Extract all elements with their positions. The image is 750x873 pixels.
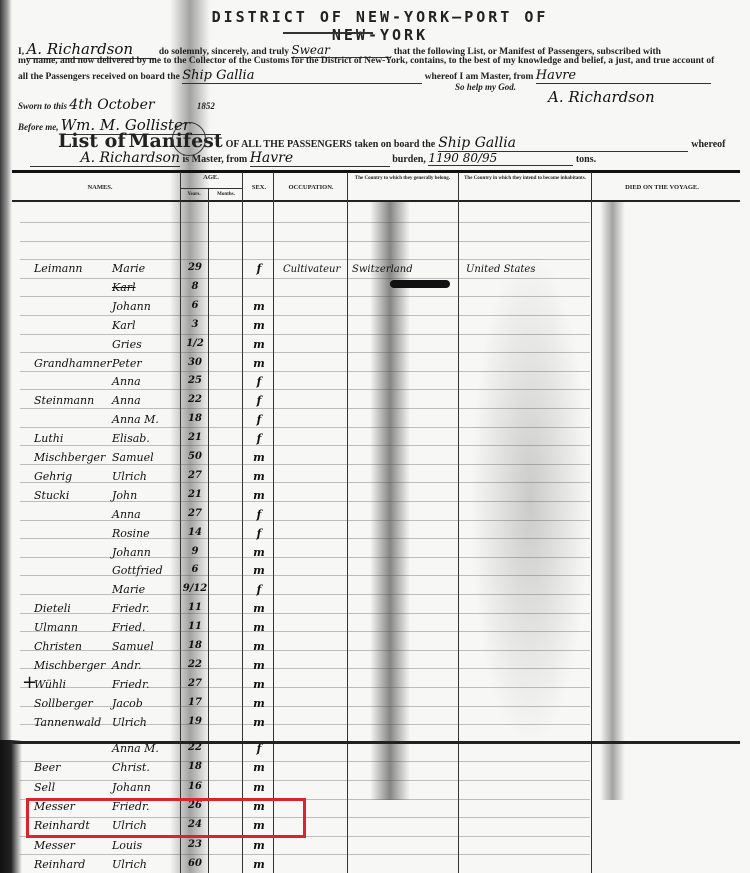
- col-divider: [591, 172, 592, 873]
- passenger-age: 22: [181, 659, 209, 670]
- stain: [470, 250, 590, 750]
- passenger-age: 6: [181, 564, 209, 575]
- country-belong-value: Switzerland: [352, 264, 413, 275]
- ruling-line: [20, 761, 590, 762]
- passenger-age: 18: [181, 413, 209, 424]
- passenger-age: 27: [181, 470, 209, 481]
- passenger-surname: Sell: [34, 781, 55, 794]
- col-country-belong: The Country to which they generally belo…: [350, 176, 455, 181]
- ruling-line: [20, 371, 590, 372]
- ruling-line: [20, 724, 590, 725]
- ruling-line: [20, 706, 590, 707]
- passenger-given-name: Samuel: [112, 640, 154, 653]
- oath-text: all the Passengers received on board the: [18, 72, 180, 82]
- ruling-line: [20, 334, 590, 335]
- from-port: Havre: [536, 68, 711, 84]
- ruling-line: [20, 352, 590, 353]
- passenger-sex: m: [244, 858, 274, 871]
- passenger-given-name: Anna M.: [112, 413, 159, 426]
- passenger-age: 3: [181, 319, 209, 330]
- passenger-sex: f: [244, 394, 274, 407]
- passenger-given-name: Friedr.: [112, 678, 150, 691]
- passenger-given-name: Marie: [112, 262, 145, 275]
- title-master: A. Richardson: [30, 150, 180, 167]
- passenger-age: 27: [181, 508, 209, 519]
- passenger-sex: f: [244, 583, 274, 596]
- ruling-line: [20, 668, 590, 669]
- passenger-surname: Leimann: [34, 262, 83, 275]
- passenger-sex: m: [244, 761, 274, 774]
- passenger-age: 21: [181, 432, 209, 443]
- passenger-age: 30: [181, 357, 209, 368]
- ruling-line: [20, 650, 590, 651]
- passenger-given-name: Christ.: [112, 761, 150, 774]
- passenger-surname: Reinhard: [34, 858, 85, 871]
- passenger-age: 11: [181, 602, 209, 613]
- passenger-age: 11: [181, 621, 209, 632]
- passenger-age: 22: [181, 394, 209, 405]
- passenger-age: 29: [181, 262, 209, 273]
- col-occupation: OCCUPATION.: [275, 184, 347, 191]
- passenger-age: 6: [181, 300, 209, 311]
- sworn-line: Sworn to this 4th October 1852: [18, 97, 215, 113]
- passenger-sex: f: [244, 413, 274, 426]
- passenger-age: 19: [181, 716, 209, 727]
- passenger-sex: f: [244, 262, 274, 275]
- ruling-line: [20, 482, 590, 483]
- table-header-rule: [12, 200, 740, 202]
- ruling-line: [20, 520, 590, 521]
- passenger-sex: m: [244, 602, 274, 615]
- passenger-given-name: John: [112, 489, 137, 502]
- passenger-sex: m: [244, 546, 274, 559]
- col-country-intend: The Country in which they intend to beco…: [460, 176, 590, 181]
- passenger-age: 23: [181, 839, 209, 850]
- passenger-given-name: Karl: [112, 319, 136, 332]
- before-label: Before me,: [18, 122, 59, 132]
- passenger-sex: m: [244, 470, 274, 483]
- ruling-line: [20, 687, 590, 688]
- ruling-line: [20, 241, 590, 242]
- passenger-age: 18: [181, 761, 209, 772]
- ruling-line: [20, 427, 590, 428]
- passenger-surname: Christen: [34, 640, 82, 653]
- passenger-sex: m: [244, 621, 274, 634]
- passenger-surname: Dieteli: [34, 602, 71, 615]
- tons-label: tons.: [576, 154, 596, 165]
- ruling-line: [20, 501, 590, 502]
- col-sex: SEX.: [245, 184, 273, 191]
- passenger-sex: f: [244, 508, 274, 521]
- passenger-given-name: Gottfried: [112, 564, 163, 577]
- title-rule: [283, 32, 373, 34]
- passenger-surname: Mischberger: [34, 451, 105, 464]
- passenger-sex: m: [244, 678, 274, 691]
- passenger-given-name: Johann: [112, 300, 151, 313]
- passenger-surname: Stucki: [34, 489, 69, 502]
- passenger-given-name: Fried.: [112, 621, 145, 634]
- passenger-sex: m: [244, 489, 274, 502]
- occupation-value: Cultivateur: [283, 264, 340, 275]
- ruling-line: [20, 278, 590, 279]
- title-from-port: Havre: [250, 150, 390, 167]
- passenger-given-name: Anna: [112, 394, 141, 407]
- passenger-sex: m: [244, 697, 274, 710]
- ruling-line: [20, 594, 590, 595]
- passenger-age: 14: [181, 527, 209, 538]
- oath-text: whereof I am Master, from: [425, 72, 534, 82]
- ink-blot: [390, 280, 450, 288]
- passenger-surname: Wühli: [34, 678, 66, 691]
- passenger-sex: f: [244, 432, 274, 445]
- oath-line-3: all the Passengers received on board the…: [18, 68, 711, 84]
- passenger-surname: Beer: [34, 761, 60, 774]
- passenger-given-name: Jacob: [112, 697, 143, 710]
- passenger-given-name: Gries: [112, 338, 142, 351]
- sworn-year: 1852: [197, 101, 215, 111]
- sworn-label: Sworn to this: [18, 101, 67, 111]
- passenger-sex: m: [244, 564, 274, 577]
- passenger-sex: m: [244, 300, 274, 313]
- passenger-surname: Sollberger: [34, 697, 93, 710]
- ruling-line: [20, 259, 590, 260]
- ruling-line: [20, 557, 590, 558]
- master-signature-2: A. Richardson: [548, 88, 655, 106]
- country-intend-value: United States: [466, 264, 535, 275]
- passenger-age: 1/2: [181, 338, 209, 349]
- oath-line-2: my name, and now delivered by me to the …: [18, 56, 714, 66]
- ruling-line: [20, 631, 590, 632]
- ruling-line: [20, 854, 590, 855]
- passenger-given-name: Ulrich: [112, 858, 147, 871]
- passenger-sex: m: [244, 839, 274, 852]
- passenger-age: 9/12: [181, 583, 209, 594]
- col-names: NAMES.: [20, 184, 180, 191]
- ruling-line: [20, 389, 590, 390]
- district-title: DISTRICT OF NEW-YORK—PORT OF NEW-YORK: [190, 8, 570, 44]
- passenger-given-name: Peter: [112, 357, 142, 370]
- passenger-age: 25: [181, 375, 209, 386]
- ruling-line: [20, 464, 590, 465]
- x-mark: +: [22, 672, 37, 693]
- passenger-age: 18: [181, 640, 209, 651]
- title-rest: OF ALL THE PASSENGERS taken on board the: [226, 139, 436, 150]
- col-age: AGE.: [180, 174, 242, 181]
- manifest-title: List of Manifest OF ALL THE PASSENGERS t…: [58, 130, 725, 152]
- passenger-sex: f: [244, 527, 274, 540]
- passenger-age: 8: [181, 281, 209, 292]
- passenger-surname: Grandhamner: [34, 357, 112, 370]
- oath-closing: So help my God.: [455, 82, 516, 92]
- passenger-given-name: Louis: [112, 839, 142, 852]
- passenger-sex: m: [244, 319, 274, 332]
- ruling-line: [20, 780, 590, 781]
- passenger-age: 17: [181, 697, 209, 708]
- passenger-age: 27: [181, 678, 209, 689]
- highlight-annotation-box: [26, 798, 306, 838]
- passenger-given-name: Elisab.: [112, 432, 150, 445]
- passenger-surname: Mischberger: [34, 659, 105, 672]
- passenger-given-name: Rosine: [112, 527, 150, 540]
- passenger-surname: Tannenwald: [34, 716, 101, 729]
- col-years: Years.: [180, 192, 208, 197]
- passenger-sex: m: [244, 716, 274, 729]
- scan-edge-shadow-lower: [0, 740, 22, 873]
- manifest-page: DISTRICT OF NEW-YORK—PORT OF NEW-YORK I,…: [0, 0, 750, 873]
- passenger-given-name: Johann: [112, 546, 151, 559]
- passenger-surname: Gehrig: [34, 470, 72, 483]
- table-top-rule: [12, 170, 740, 173]
- ruling-line: [20, 408, 590, 409]
- passenger-sex: m: [244, 451, 274, 464]
- passenger-surname: Steinmann: [34, 394, 94, 407]
- passenger-given-name: Andr.: [112, 659, 142, 672]
- passenger-given-name: Anna: [112, 375, 141, 388]
- passenger-age: 9: [181, 546, 209, 557]
- passenger-sex: f: [244, 375, 274, 388]
- passenger-surname: Ulmann: [34, 621, 78, 634]
- passenger-surname: Messer: [34, 839, 75, 852]
- passenger-given-name: Marie: [112, 583, 145, 596]
- sworn-date: 4th October: [69, 97, 154, 113]
- passenger-age: 22: [181, 742, 209, 753]
- passenger-age: 50: [181, 451, 209, 462]
- manifest-subtitle: A. Richardson is Master, from Havre burd…: [30, 150, 596, 167]
- col-months: Months.: [210, 192, 242, 197]
- passenger-sex: m: [244, 781, 274, 794]
- passenger-sex: f: [244, 742, 274, 755]
- title-whereof: whereof: [691, 139, 725, 150]
- vessel-name: Ship Gallia: [182, 68, 422, 84]
- passenger-age: 16: [181, 781, 209, 792]
- ruling-line: [20, 296, 590, 297]
- title-list-of: List of: [58, 130, 126, 152]
- fold-shadow: [370, 200, 410, 800]
- passenger-given-name: Karl: [112, 281, 136, 294]
- passenger-sex: m: [244, 640, 274, 653]
- ruling-line: [20, 538, 590, 539]
- passenger-given-name: Samuel: [112, 451, 154, 464]
- passenger-surname: Luthi: [34, 432, 63, 445]
- passenger-given-name: Johann: [112, 781, 151, 794]
- passenger-sex: m: [244, 338, 274, 351]
- age-subheader-rule: [180, 188, 242, 189]
- passenger-given-name: Anna M.: [112, 742, 159, 755]
- ruling-line: [20, 222, 590, 223]
- passenger-sex: m: [244, 357, 274, 370]
- col-died: DIED ON THE VOYAGE.: [592, 184, 732, 191]
- passenger-age: 60: [181, 858, 209, 869]
- ruling-line: [20, 445, 590, 446]
- burden-value: 1190 80/95: [428, 151, 573, 166]
- burden-label: burden,: [392, 154, 426, 165]
- passenger-given-name: Friedr.: [112, 602, 150, 615]
- ruling-line: [20, 613, 590, 614]
- passenger-given-name: Anna: [112, 508, 141, 521]
- ruling-line: [20, 315, 590, 316]
- passenger-given-name: Ulrich: [112, 470, 147, 483]
- title-is-master: is Master, from: [183, 154, 248, 165]
- fold-shadow: [600, 200, 625, 800]
- ruling-line: [20, 575, 590, 576]
- passenger-sex: m: [244, 659, 274, 672]
- passenger-age: 21: [181, 489, 209, 500]
- passenger-given-name: Ulrich: [112, 716, 147, 729]
